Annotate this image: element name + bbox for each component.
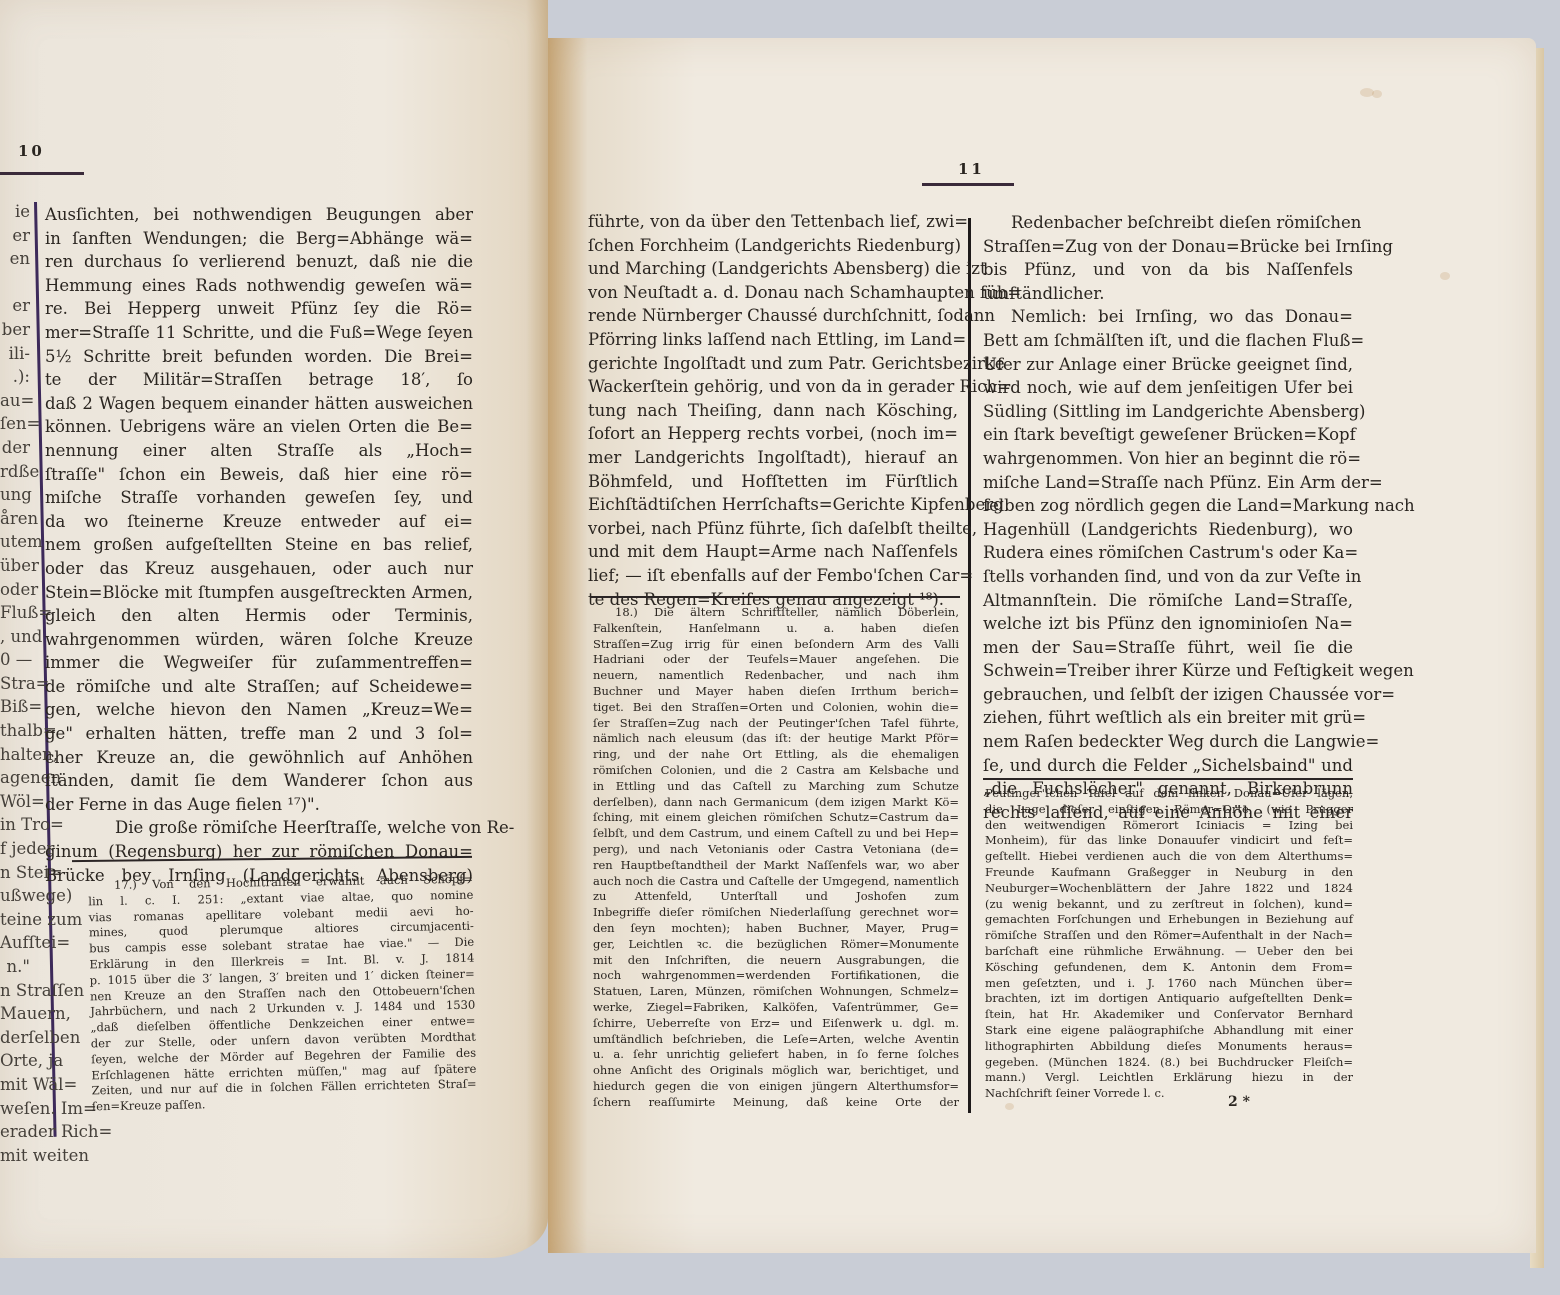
- margin-fragment-line: Fluß=: [0, 601, 30, 625]
- footnote-line: ſtein, hat Hr. Akademiker und Conſervato…: [985, 1007, 1353, 1023]
- margin-fragment-line: åren: [0, 507, 30, 531]
- header-rule-left: [0, 172, 84, 175]
- margin-fragment-line: in Tro=: [0, 813, 30, 837]
- footnote-line: den ſeyn mochten); haben Buchner, Mayer,…: [593, 921, 959, 937]
- margin-fragment-line: Biß=: [0, 695, 30, 719]
- signature-mark: 2 *: [1228, 1094, 1250, 1110]
- header-rule-right: [922, 183, 1014, 186]
- footnote-line: in Ettling und das Caſtell zu Marching z…: [593, 779, 959, 795]
- text-line: immer die Wegweiſer für zuſammentreffen=: [45, 651, 473, 675]
- footnote-line: geſtellt. Hiebei verdienen auch die von …: [985, 849, 1353, 865]
- margin-fragment-line: n Stei=: [0, 861, 30, 885]
- footnote-line: gemachten Forſchungen und Erhebungen in …: [985, 912, 1353, 928]
- footnote-line: men geſetzten, und i. J. 1760 nach Münch…: [985, 976, 1353, 992]
- text-line: Die große römiſche Heerſtraſſe, welche v…: [45, 816, 473, 840]
- footnote-line: (zu wenig bekannt, und zu zerſtreut in ſ…: [985, 897, 1353, 913]
- text-line: 5½ Schritte breit befunden worden. Die B…: [45, 345, 473, 369]
- margin-fragment-line: 0 —: [0, 648, 30, 672]
- footnote-line: tiget. Bei den Straſſen=Orten und Coloni…: [593, 700, 959, 716]
- text-line: ein ſtark beveſtigt geweſener Brücken=Ko…: [983, 423, 1353, 447]
- margin-fragment-line: ſen=: [0, 412, 30, 436]
- margin-fragment-line: halten,: [0, 743, 30, 767]
- paper-stain: [1372, 90, 1382, 98]
- footnote-rule-right-col1: [590, 596, 960, 598]
- footnote-rule-right-col2: [983, 778, 1353, 780]
- footnote-line: ger, Leichtlen ꝛc. die bezüglichen Römer…: [593, 937, 959, 953]
- text-line: umſtändlicher.: [983, 282, 1353, 306]
- footnote-line: ſer Straſſen=Zug nach der Peutinger'ſche…: [593, 716, 959, 732]
- margin-fragment-line: Mauern,: [0, 1002, 30, 1026]
- footnote-line: barſchaft eine rühmliche Erwähnung. — Ue…: [985, 944, 1353, 960]
- margin-fragment-line: Aufſtei=: [0, 931, 30, 955]
- text-line: Böhmfeld, und Hofſtetten im Fürſtlich: [588, 470, 958, 494]
- margin-fragment-line: Orte, ja: [0, 1049, 30, 1073]
- text-line: ſchen Forchheim (Landgerichts Riedenburg…: [588, 234, 958, 258]
- text-line: re. Bei Hepperg unweit Pfünz ſey die Rö=: [45, 297, 473, 321]
- text-line: Südling (Sittling im Landgerichte Abensb…: [983, 400, 1353, 424]
- footnote-line: Buchner und Mayer haben dieſen Irrthum b…: [593, 684, 959, 700]
- paper-stain: [1005, 1103, 1014, 1110]
- margin-fragment-line: erader Rich=: [0, 1120, 30, 1144]
- text-line: ſtraſſe" ſchon ein Beweis, daß hier eine…: [45, 463, 473, 487]
- footnote-line: Stark eine eigene paläographiſche Abhand…: [985, 1023, 1353, 1039]
- column-divider-right: [968, 218, 971, 1113]
- margin-fragment-line: rdße: [0, 460, 30, 484]
- margin-fragment-line: mit Wäl=: [0, 1073, 30, 1097]
- footnote-18-continued: Peutinger'ſchen Tafel auf dem linken Don…: [985, 786, 1353, 1102]
- margin-fragment-line: er: [0, 294, 30, 318]
- text-line: men der Sau=Straſſe führt, weil ſie die: [983, 636, 1353, 660]
- text-line: Bett am ſchmälſten iſt, und die flachen …: [983, 329, 1353, 353]
- footnote-line: ſching, mit einem gleichen römiſchen Sch…: [593, 810, 959, 826]
- footnote-line: ohne Anſicht des Originals möglich war, …: [593, 1063, 959, 1079]
- margin-fragment-line: en: [0, 247, 30, 271]
- footnote-line: Straſſen=Zug irrig für einen beſondern A…: [593, 637, 959, 653]
- text-line: und Marching (Landgerichts Abensberg) di…: [588, 257, 958, 281]
- footnote-line: lithographirten Abbildung dieſes Monumen…: [985, 1039, 1353, 1055]
- footnote-line: Inbegriffe dieſer römiſchen Niederlaſſun…: [593, 905, 959, 921]
- margin-fragment-line: n Straſſen: [0, 979, 30, 1003]
- text-line: wahrgenommen. Von hier an beginnt die rö…: [983, 447, 1353, 471]
- text-line: Rudera eines römiſchen Castrum's oder Ka…: [983, 541, 1353, 565]
- paper-stain: [1440, 272, 1450, 280]
- body-text-left: Ausſichten, bei nothwendigen Beugungen a…: [45, 203, 473, 887]
- text-line: können. Uebrigens wäre an vielen Orten d…: [45, 415, 473, 439]
- text-line: tung nach Theiſing, dann nach Kösching,: [588, 399, 958, 423]
- text-line: ſofort an Hepperg rechts vorbei, (noch i…: [588, 422, 958, 446]
- footnote-line: umſtändlich beſchrieben, die Leſe=Arten,…: [593, 1032, 959, 1048]
- margin-fragment-line: er: [0, 224, 30, 248]
- footnote-17: 17.) Von den Hochſtraſſen erwähnt auch S…: [88, 872, 477, 1116]
- margin-fragment-line: ußwege): [0, 884, 30, 908]
- footnote-line: römiſche Straſſen und den Römer=Aufentha…: [985, 928, 1353, 944]
- text-line: Nemlich: bei Irnſing, wo das Donau=: [983, 305, 1353, 329]
- page-number-left: 10: [18, 142, 45, 160]
- footnote-line: römiſchen Colonien, und die 2 Castra am …: [593, 763, 959, 779]
- text-line: ſelben zog nördlich gegen die Land=Marku…: [983, 494, 1353, 518]
- margin-fragments: ieeren erberili-.):au=ſen=derrdßeungåren…: [0, 200, 30, 1167]
- margin-fragment-line: über: [0, 554, 30, 578]
- footnote-line: perg), und nach Vetonianis oder Castra V…: [593, 842, 959, 858]
- footnote-line: u. a. ſehr unrichtig geliefert haben, in…: [593, 1047, 959, 1063]
- text-line: Hemmung eines Rads nothwendig geweſen wä…: [45, 274, 473, 298]
- footnote-line: mit den Inſchriften, die neuern Ausgrabu…: [593, 953, 959, 969]
- footnote-line: neuern, namentlich Redenbacher, und nach…: [593, 668, 959, 684]
- text-line: daß 2 Wagen bequem einander hätten auswe…: [45, 392, 473, 416]
- text-line: und mit dem Haupt=Arme nach Naſſenfels: [588, 540, 958, 564]
- footnote-line: nämlich nach eleusum (das iſt: der heuti…: [593, 731, 959, 747]
- footnote-line: brachten, izt im dortigen Antiquario auf…: [985, 991, 1353, 1007]
- text-line: der Ferne in das Auge fielen ¹⁷)".: [45, 793, 473, 817]
- footnote-line: 18.) Die ältern Schriftſteller, nämlich …: [593, 605, 959, 621]
- text-line: vorbei, nach Pfünz führte, ſich daſelbſt…: [588, 517, 958, 541]
- text-line: wird noch, wie auf dem jenſeitigen Ufer …: [983, 376, 1353, 400]
- text-line: Pförring links laſſend nach Ettling, im …: [588, 328, 958, 352]
- footnote-line: den weitwendigen Römerort Iciniacis = Iz…: [985, 818, 1353, 834]
- text-line: Stein=Blöcke mit ſtumpfen ausgeſtreckten…: [45, 581, 473, 605]
- text-line: Ausſichten, bei nothwendigen Beugungen a…: [45, 203, 473, 227]
- text-line: Altmannſtein. Die römiſche Land=Straſſe,: [983, 589, 1353, 613]
- margin-fragment-line: oder: [0, 578, 30, 602]
- text-line: nem großen aufgeſtellten Steine en bas r…: [45, 533, 473, 557]
- footnote-line: Kösching gefundenen, dem K. Antonin dem …: [985, 960, 1353, 976]
- text-line: Eichſtädtiſchen Herrſchafts=Gerichte Kip…: [588, 493, 958, 517]
- text-line: Straſſen=Zug von der Donau=Brücke bei Ir…: [983, 235, 1353, 259]
- footnote-line: hiedurch gegen die von einigen jüngern A…: [593, 1079, 959, 1095]
- footnote-line: gegeben. (München 1824. (8.) bei Buchdru…: [985, 1055, 1353, 1071]
- margin-fragment-line: teine zum: [0, 908, 30, 932]
- text-line: Schwein=Treiber ihrer Kürze und Feſtigke…: [983, 659, 1353, 683]
- footnote-line: noch wahrgenommen=werdenden Fortifikatio…: [593, 968, 959, 984]
- text-line: de römiſche und alte Straſſen; auf Schei…: [45, 675, 473, 699]
- margin-fragment-line: ie: [0, 200, 30, 224]
- text-line: gebrauchen, und ſelbſt der izigen Chauss…: [983, 683, 1353, 707]
- text-line: ſtells vorhanden ſind, und von da zur Ve…: [983, 565, 1353, 589]
- text-line: gleich den alten Hermis oder Terminis,: [45, 604, 473, 628]
- footnote-line: mann.) Vergl. Leichtlen Erklärung hiezu …: [985, 1070, 1353, 1086]
- margin-fragment-line: weſen. Im=: [0, 1097, 30, 1121]
- page-number-right: 11: [958, 160, 985, 178]
- text-line: gen, welche hievon den Namen „Kreuz=We=: [45, 698, 473, 722]
- footnote-line: Monheim), für das linke Donauufer vindic…: [985, 833, 1353, 849]
- margin-fragment-line: n.": [0, 955, 30, 979]
- text-line: welche izt bis Pfünz den ignominioſen Na…: [983, 612, 1353, 636]
- text-line: nem Raſen bedeckter Weg durch die Langwi…: [983, 730, 1353, 754]
- footnote-line: Statuen, Laren, Münzen, römiſchen Wohnun…: [593, 984, 959, 1000]
- footnote-line: ren Hauptbeſtandtheil der Markt Naſſenfe…: [593, 858, 959, 874]
- margin-fragment-line: ung: [0, 483, 30, 507]
- footnote-line: derſelben), dann nach Germanicum (dem iz…: [593, 795, 959, 811]
- margin-fragment-line: agenen: [0, 766, 30, 790]
- body-text-right-col1: führte, von da über den Tettenbach lief,…: [588, 210, 958, 611]
- text-line: da wo ſteinerne Kreuze entweder auf ei=: [45, 510, 473, 534]
- footnote-line: Freunde Kaufmann Graßegger in Neuburg in…: [985, 865, 1353, 881]
- text-line: lief; — iſt ebenfalls auf der Fembo'ſche…: [588, 564, 958, 588]
- footnote-line: die Lage dieſer einſtigen Römer=Orte, (w…: [985, 802, 1353, 818]
- footnote-line: Hadriani oder der Teufels=Mauer angeſehe…: [593, 652, 959, 668]
- footnote-line: Falkenſtein, Hanſelmann u. a. haben dieſ…: [593, 621, 959, 637]
- text-line: mer Landgerichts Ingolſtadt), hierauf an: [588, 446, 958, 470]
- margin-fragment-line: der: [0, 436, 30, 460]
- footnote-line: Nachſchrift ſeiner Vorrede l. c.: [985, 1086, 1353, 1102]
- text-line: ge" erhalten hätten, treffe man 2 und 3 …: [45, 722, 473, 746]
- text-line: wahrgenommen würden, wären ſolche Kreuze: [45, 628, 473, 652]
- text-line: Wackerſtein gehörig, und von da in gerad…: [588, 375, 958, 399]
- text-line: bis Pfünz, und von da bis Naſſenfels: [983, 258, 1353, 282]
- margin-fragment-line: ili-: [0, 342, 30, 366]
- footnote-line: Peutinger'ſchen Tafel auf dem linken Don…: [985, 786, 1353, 802]
- text-line: Ufer zur Anlage einer Brücke geeignet ſi…: [983, 353, 1353, 377]
- margin-fragment-line: mit weiten: [0, 1144, 30, 1168]
- footnote-line: zu Attenfeld, Unterſtall und Joshofen zu…: [593, 889, 959, 905]
- footnote-line: ring, und der nahe Ort Ettling, als die …: [593, 747, 959, 763]
- text-line: cher Kreuze an, die gewöhnlich auf Anhöh…: [45, 746, 473, 770]
- text-line: Redenbacher beſchreibt dieſen römiſchen: [983, 211, 1353, 235]
- text-line: ſe, und durch die Felder „Sichelsbaind" …: [983, 754, 1353, 778]
- text-line: miſche Straſſe vorhanden geweſen ſey, un…: [45, 486, 473, 510]
- margin-fragment-line: .):: [0, 365, 30, 389]
- footnote-line: werke, Ziegel=Fabriken, Kalköfen, Vaſent…: [593, 1000, 959, 1016]
- margin-fragment-line: au=: [0, 389, 30, 413]
- margin-fragment-line: ber: [0, 318, 30, 342]
- text-line: rende Nürnberger Chaussé durchſchnitt, ſ…: [588, 304, 958, 328]
- text-line: nennung einer alten Straſſe als „Hoch=: [45, 439, 473, 463]
- text-line: ziehen, führt weſtlich als ein breiter m…: [983, 706, 1353, 730]
- margin-fragment-line: , und: [0, 625, 30, 649]
- footnote-line: Neuburger=Wochenblättern der Jahre 1822 …: [985, 881, 1353, 897]
- footnote-18: 18.) Die ältern Schriftſteller, nämlich …: [593, 605, 959, 1111]
- footnote-line: ſelbſt, und dem Castrum, und einem Caſte…: [593, 826, 959, 842]
- text-line: ſtänden, damit ſie dem Wanderer ſchon au…: [45, 769, 473, 793]
- margin-fragment-line: utem: [0, 530, 30, 554]
- footnote-line: auch noch die Castra und Caſtelle der Um…: [593, 874, 959, 890]
- margin-fragment-line: derſelben: [0, 1026, 30, 1050]
- margin-fragment-line: f jeder: [0, 837, 30, 861]
- text-line: in ſanften Wendungen; die Berg=Abhänge w…: [45, 227, 473, 251]
- text-line: miſche Land=Straſſe nach Pfünz. Ein Arm …: [983, 471, 1353, 495]
- margin-fragment-line: Wöl=: [0, 790, 30, 814]
- footnote-line: ſchern reaſſumirte Meinung, daß keine Or…: [593, 1095, 959, 1111]
- text-line: führte, von da über den Tettenbach lief,…: [588, 210, 958, 234]
- text-line: Hagenhüll (Landgerichts Riedenburg), wo: [983, 518, 1353, 542]
- text-line: von Neuſtadt a. d. Donau nach Schamhaupt…: [588, 281, 958, 305]
- margin-fragment-line: [0, 271, 30, 295]
- text-line: oder das Kreuz ausgehauen, oder auch nur: [45, 557, 473, 581]
- footnote-line: ſchirre, Ueberreſte von Erz= und Eiſenwe…: [593, 1016, 959, 1032]
- margin-fragment-line: thalb=: [0, 719, 30, 743]
- margin-fragment-line: Stra=: [0, 672, 30, 696]
- text-line: te der Militär=Straſſen betrage 18′, ſo: [45, 368, 473, 392]
- text-line: ren durchaus ſo verlierend benuzt, daß n…: [45, 250, 473, 274]
- text-line: gerichte Ingolſtadt und zum Patr. Gerich…: [588, 352, 958, 376]
- body-text-right-col2: Redenbacher beſchreibt dieſen römiſchenS…: [983, 211, 1353, 824]
- text-line: mer=Straſſe 11 Schritte, und die Fuß=Weg…: [45, 321, 473, 345]
